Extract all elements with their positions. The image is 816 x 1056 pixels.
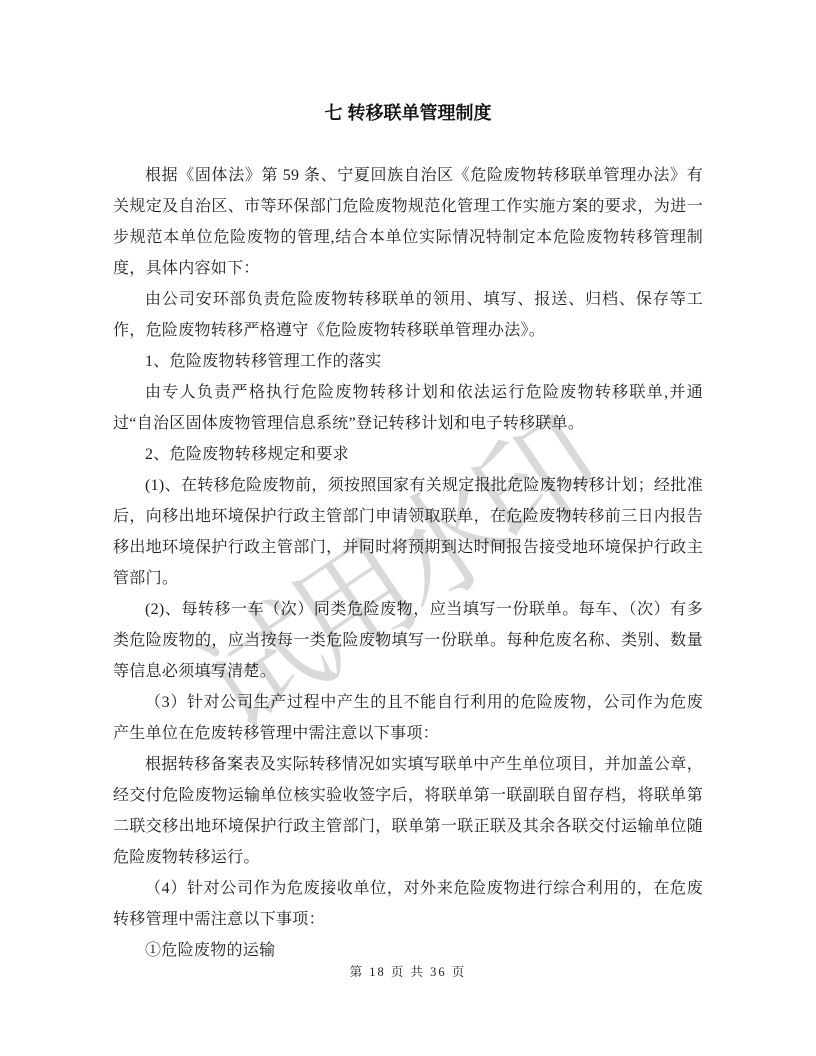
page-number-text: 第 18 页 共 36 页	[350, 965, 467, 979]
page-footer: 第 18 页 共 36 页	[0, 962, 816, 980]
paragraph: (1)、在转移危险废物前，须按照国家有关规定报批危险废物转移计划；经批准后，向移…	[113, 470, 703, 594]
paragraph: 由专人负责严格执行危险废物转移计划和依法运行危险废物转移联单,并通过“自治区固体…	[113, 377, 703, 439]
section-heading: 2、危险废物转移规定和要求	[113, 439, 703, 470]
document-content: 七 转移联单管理制度 根据《固体法》第 59 条、宁夏回族自治区《危险废物转移联…	[113, 100, 703, 966]
paragraph: 根据转移备案表及实际转移情况如实填写联单中产生单位项目，并加盖公章，经交付危险废…	[113, 749, 703, 873]
paragraph: (2)、每转移一车（次）同类危险废物，应当填写一份联单。每车、（次）有多类危险废…	[113, 594, 703, 687]
section-heading: 1、危险废物转移管理工作的落实	[113, 346, 703, 377]
paragraph: 由公司安环部负责危险废物转移联单的领用、填写、报送、归档、保存等工作，危险废物转…	[113, 284, 703, 346]
document-page: 试用水印 七 转移联单管理制度 根据《固体法》第 59 条、宁夏回族自治区《危险…	[0, 0, 816, 1056]
paragraph: （3）针对公司生产过程中产生的且不能自行利用的危险废物，公司作为危废产生单位在危…	[113, 687, 703, 749]
document-title: 七 转移联单管理制度	[113, 100, 703, 126]
paragraph: （4）针对公司作为危废接收单位，对外来危险废物进行综合利用的，在危废转移管理中需…	[113, 873, 703, 935]
paragraph: 根据《固体法》第 59 条、宁夏回族自治区《危险废物转移联单管理办法》有关规定及…	[113, 160, 703, 284]
